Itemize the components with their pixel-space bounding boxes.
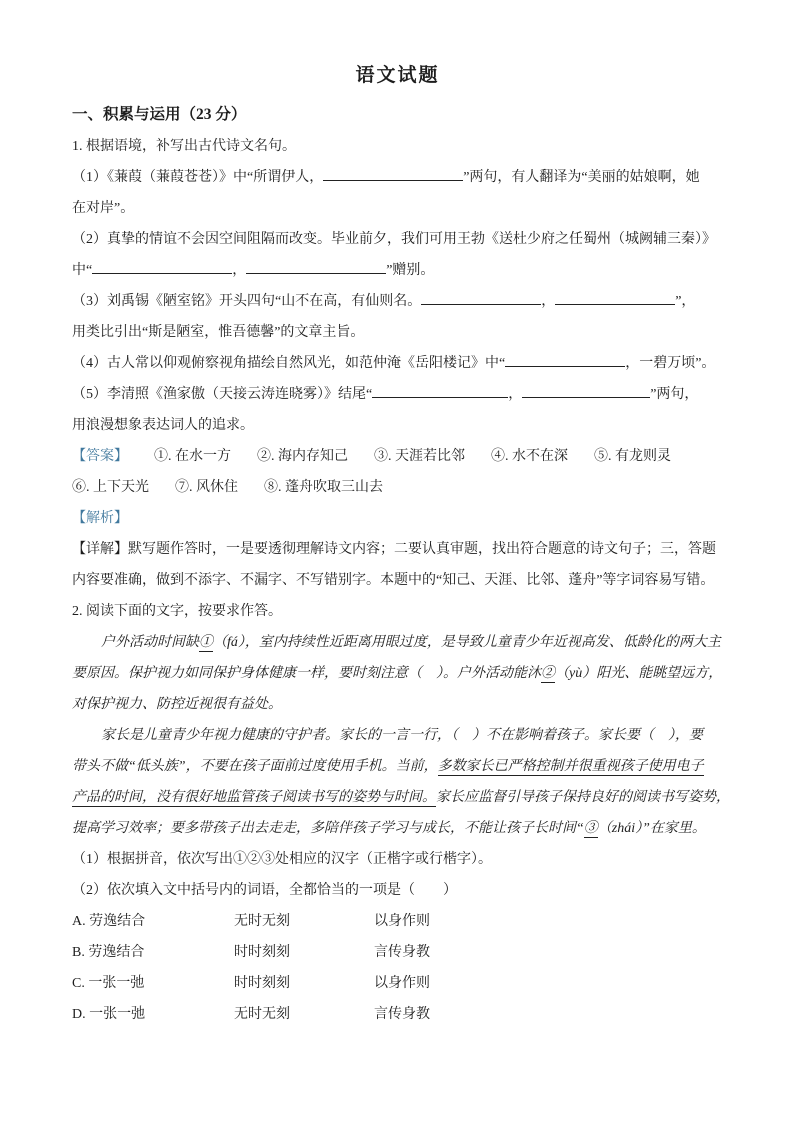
text-span: ， <box>541 294 555 309</box>
answer-blank <box>323 166 463 181</box>
text-span: 1. 根据语境，补写出古代诗文名句。 <box>72 139 296 154</box>
answer-line-1: 【答案】①. 在水一方②. 海内存知己③. 天涯若比邻④. 水不在深⑤. 有龙则… <box>72 441 723 472</box>
text-span: 要原因。保护视力如同保护身体健康一样，要时刻注意（ ）。户外活动能沐 <box>72 666 541 681</box>
text-span: 用浪漫想象表达词人的追求。 <box>72 418 254 433</box>
q1-item-1-cont: 在对岸”。 <box>72 193 723 224</box>
text-span: ② <box>541 666 555 683</box>
label-accent: 【解析】 <box>72 511 128 526</box>
text-span: 言传身教 <box>374 945 430 960</box>
text-span: D. 一张一弛 <box>72 999 234 1030</box>
text-span: ”两句，有人翻译为“美丽的姑娘啊，她 <box>463 170 699 185</box>
text-span: 中“ <box>72 263 92 278</box>
text-span: ⑥. 上下天光 <box>72 480 149 495</box>
answer-blank <box>246 259 386 274</box>
text-span: ”两句， <box>650 387 698 402</box>
passage-line-4: 家长是儿童青少年视力健康的守护者。家长的一言一行，（ ）不在影响着孩子。家长要（… <box>72 720 723 751</box>
text-span: ⑧. 蓬舟吹取三山去 <box>264 480 383 495</box>
label-accent: 【答案】 <box>72 449 128 464</box>
analysis-line-1: 【详解】默写题作答时，一是要透彻理解诗文内容；二要认真审题，找出符合题意的诗文句… <box>72 534 723 565</box>
option-c: C. 一张一弛时时刻刻以身作则 <box>72 968 723 999</box>
analysis-label: 【解析】 <box>72 503 723 534</box>
q1-item-2-cont: 中“，”赠别。 <box>72 255 723 286</box>
q1-item-3-cont: 用类比引出“斯是陋室，惟吾德馨”的文章主旨。 <box>72 317 723 348</box>
text-span: ， <box>508 387 522 402</box>
analysis-line-2: 内容要准确，做到不添字、不漏字、不写错别字。本题中的“知己、天涯、比邻、蓬舟”等… <box>72 565 723 596</box>
text-span: ③ <box>584 821 598 838</box>
text-span: ④. 水不在深 <box>491 449 568 464</box>
text-span: （2）依次填入文中括号内的词语，全都恰当的一项是（ ） <box>72 883 457 898</box>
text-span: ， <box>232 263 246 278</box>
text-span: 产品的时间，没有很好地监管孩子阅读书写的姿势与时间。 <box>72 790 436 807</box>
text-span: （4）古人常以仰观俯察视角描绘自然风光，如范仲淹《岳阳楼记》中“ <box>72 356 505 371</box>
text-span: ③. 天涯若比邻 <box>374 449 465 464</box>
text-span: 在对岸”。 <box>72 201 134 216</box>
option-b: B. 劳逸结合时时刻刻言传身教 <box>72 937 723 968</box>
passage-line-2: 要原因。保护视力如同保护身体健康一样，要时刻注意（ ）。户外活动能沐②（yù）阳… <box>72 658 723 689</box>
doc-title: 语文试题 <box>72 0 723 87</box>
text-span: 多数家长已严格控制并很重视孩子使用电子 <box>438 759 704 776</box>
text-span: ，一碧万顷”。 <box>625 356 715 371</box>
text-span: 以身作则 <box>374 914 430 929</box>
text-span: 【详解】默写题作答时，一是要透彻理解诗文内容；二要认真审题，找出符合题意的诗文句… <box>72 542 716 557</box>
text-span: ②. 海内存知己 <box>257 449 348 464</box>
text-span: （fá），室内持续性近距离用眼过度，是导致儿童青少年近视高发、低龄化的两大主 <box>213 635 721 650</box>
text-span: 2. 阅读下面的文字，按要求作答。 <box>72 604 282 619</box>
text-span: 无时无刻 <box>234 999 374 1030</box>
text-span: （zhái）”在家里。 <box>598 821 706 836</box>
passage-line-6: 产品的时间，没有很好地监管孩子阅读书写的姿势与时间。家长应监督引导孩子保持良好的… <box>72 782 723 813</box>
q1-item-3: （3）刘禹锡《陋室铭》开头四句“山不在高，有仙则名。，”， <box>72 286 723 317</box>
answer-blank <box>505 352 625 367</box>
text-span: 以身作则 <box>374 976 430 991</box>
text-span: ”， <box>675 294 695 309</box>
answer-blank <box>555 290 675 305</box>
text-span: 用类比引出“斯是陋室，惟吾德馨”的文章主旨。 <box>72 325 364 340</box>
text-span: 家长应监督引导孩子保持良好的阅读书写姿势， <box>436 790 723 805</box>
section-heading: 一、积累与运用（23 分） <box>72 102 723 124</box>
exam-page: 语文试题 一、积累与运用（23 分） 1. 根据语境，补写出古代诗文名句。（1）… <box>0 0 793 1122</box>
option-a: A. 劳逸结合无时无刻以身作则 <box>72 906 723 937</box>
text-span: B. 劳逸结合 <box>72 937 234 968</box>
text-span: ⑤. 有龙则灵 <box>594 449 671 464</box>
text-span: （2）真挚的情谊不会因空间阻隔而改变。毕业前夕，我们可用王勃《送杜少府之任蜀州（… <box>72 232 716 247</box>
answer-line-2: ⑥. 上下天光⑦. 风休住⑧. 蓬舟吹取三山去 <box>72 472 723 503</box>
text-span: 无时无刻 <box>234 906 374 937</box>
text-span: （yù）阳光、能眺望远方， <box>555 666 722 681</box>
text-span: C. 一张一弛 <box>72 968 234 999</box>
passage-line-7: 提高学习效率；要多带孩子出去走走，多陪伴孩子学习与成长，不能让孩子长时间“③（z… <box>72 813 723 844</box>
passage-line-5: 带头不做“低头族”，不要在孩子面前过度使用手机。当前，多数家长已严格控制并很重视… <box>72 751 723 782</box>
text-span: 带头不做“低头族”，不要在孩子面前过度使用手机。当前， <box>72 759 438 774</box>
q2-sub-1: （1）根据拼音，依次写出①②③处相应的汉字（正楷字或行楷字）。 <box>72 844 723 875</box>
q2-sub-2: （2）依次填入文中括号内的词语，全都恰当的一项是（ ） <box>72 875 723 906</box>
text-span: 内容要准确，做到不添字、不漏字、不写错别字。本题中的“知己、天涯、比邻、蓬舟”等… <box>72 573 714 588</box>
answer-blank <box>92 259 232 274</box>
text-span: 家长是儿童青少年视力健康的守护者。家长的一言一行，（ ）不在影响着孩子。家长要（… <box>101 728 703 743</box>
text-span: 时时刻刻 <box>234 937 374 968</box>
q1-stem: 1. 根据语境，补写出古代诗文名句。 <box>72 131 723 162</box>
q1-item-2: （2）真挚的情谊不会因空间阻隔而改变。毕业前夕，我们可用王勃《送杜少府之任蜀州（… <box>72 224 723 255</box>
text-span: ①. 在水一方 <box>154 449 231 464</box>
q1-item-5-cont: 用浪漫想象表达词人的追求。 <box>72 410 723 441</box>
text-span: 户外活动时间缺 <box>101 635 199 650</box>
passage-line-1: 户外活动时间缺①（fá），室内持续性近距离用眼过度，是导致儿童青少年近视高发、低… <box>72 627 723 658</box>
q1-item-5: （5）李清照《渔家傲（天接云涛连晓雾）》结尾“，”两句， <box>72 379 723 410</box>
passage-line-3: 对保护视力、防控近视很有益处。 <box>72 689 723 720</box>
q2-stem: 2. 阅读下面的文字，按要求作答。 <box>72 596 723 627</box>
q1-item-1: （1）《蒹葭（蒹葭苍苍）》中“所谓伊人，”两句，有人翻译为“美丽的姑娘啊，她 <box>72 162 723 193</box>
text-span: ”赠别。 <box>386 263 434 278</box>
text-span: ① <box>199 635 213 652</box>
answer-blank <box>372 383 508 398</box>
text-span: 提高学习效率；要多带孩子出去走走，多陪伴孩子学习与成长，不能让孩子长时间“ <box>72 821 584 836</box>
text-span: ⑦. 风休住 <box>175 480 238 495</box>
answer-blank <box>421 290 541 305</box>
text-span: 时时刻刻 <box>234 968 374 999</box>
q1-item-4: （4）古人常以仰观俯察视角描绘自然风光，如范仲淹《岳阳楼记》中“，一碧万顷”。 <box>72 348 723 379</box>
text-span: 言传身教 <box>374 1007 430 1022</box>
text-span: （5）李清照《渔家傲（天接云涛连晓雾）》结尾“ <box>72 387 372 402</box>
document-lines: 1. 根据语境，补写出古代诗文名句。（1）《蒹葭（蒹葭苍苍）》中“所谓伊人，”两… <box>72 131 723 1030</box>
text-span: （3）刘禹锡《陋室铭》开头四句“山不在高，有仙则名。 <box>72 294 421 309</box>
text-span: （1）《蒹葭（蒹葭苍苍）》中“所谓伊人， <box>72 170 323 185</box>
text-span: （1）根据拼音，依次写出①②③处相应的汉字（正楷字或行楷字）。 <box>72 852 492 867</box>
text-span: 对保护视力、防控近视很有益处。 <box>72 697 282 712</box>
option-d: D. 一张一弛无时无刻言传身教 <box>72 999 723 1030</box>
answer-blank <box>522 383 650 398</box>
text-span: A. 劳逸结合 <box>72 906 234 937</box>
